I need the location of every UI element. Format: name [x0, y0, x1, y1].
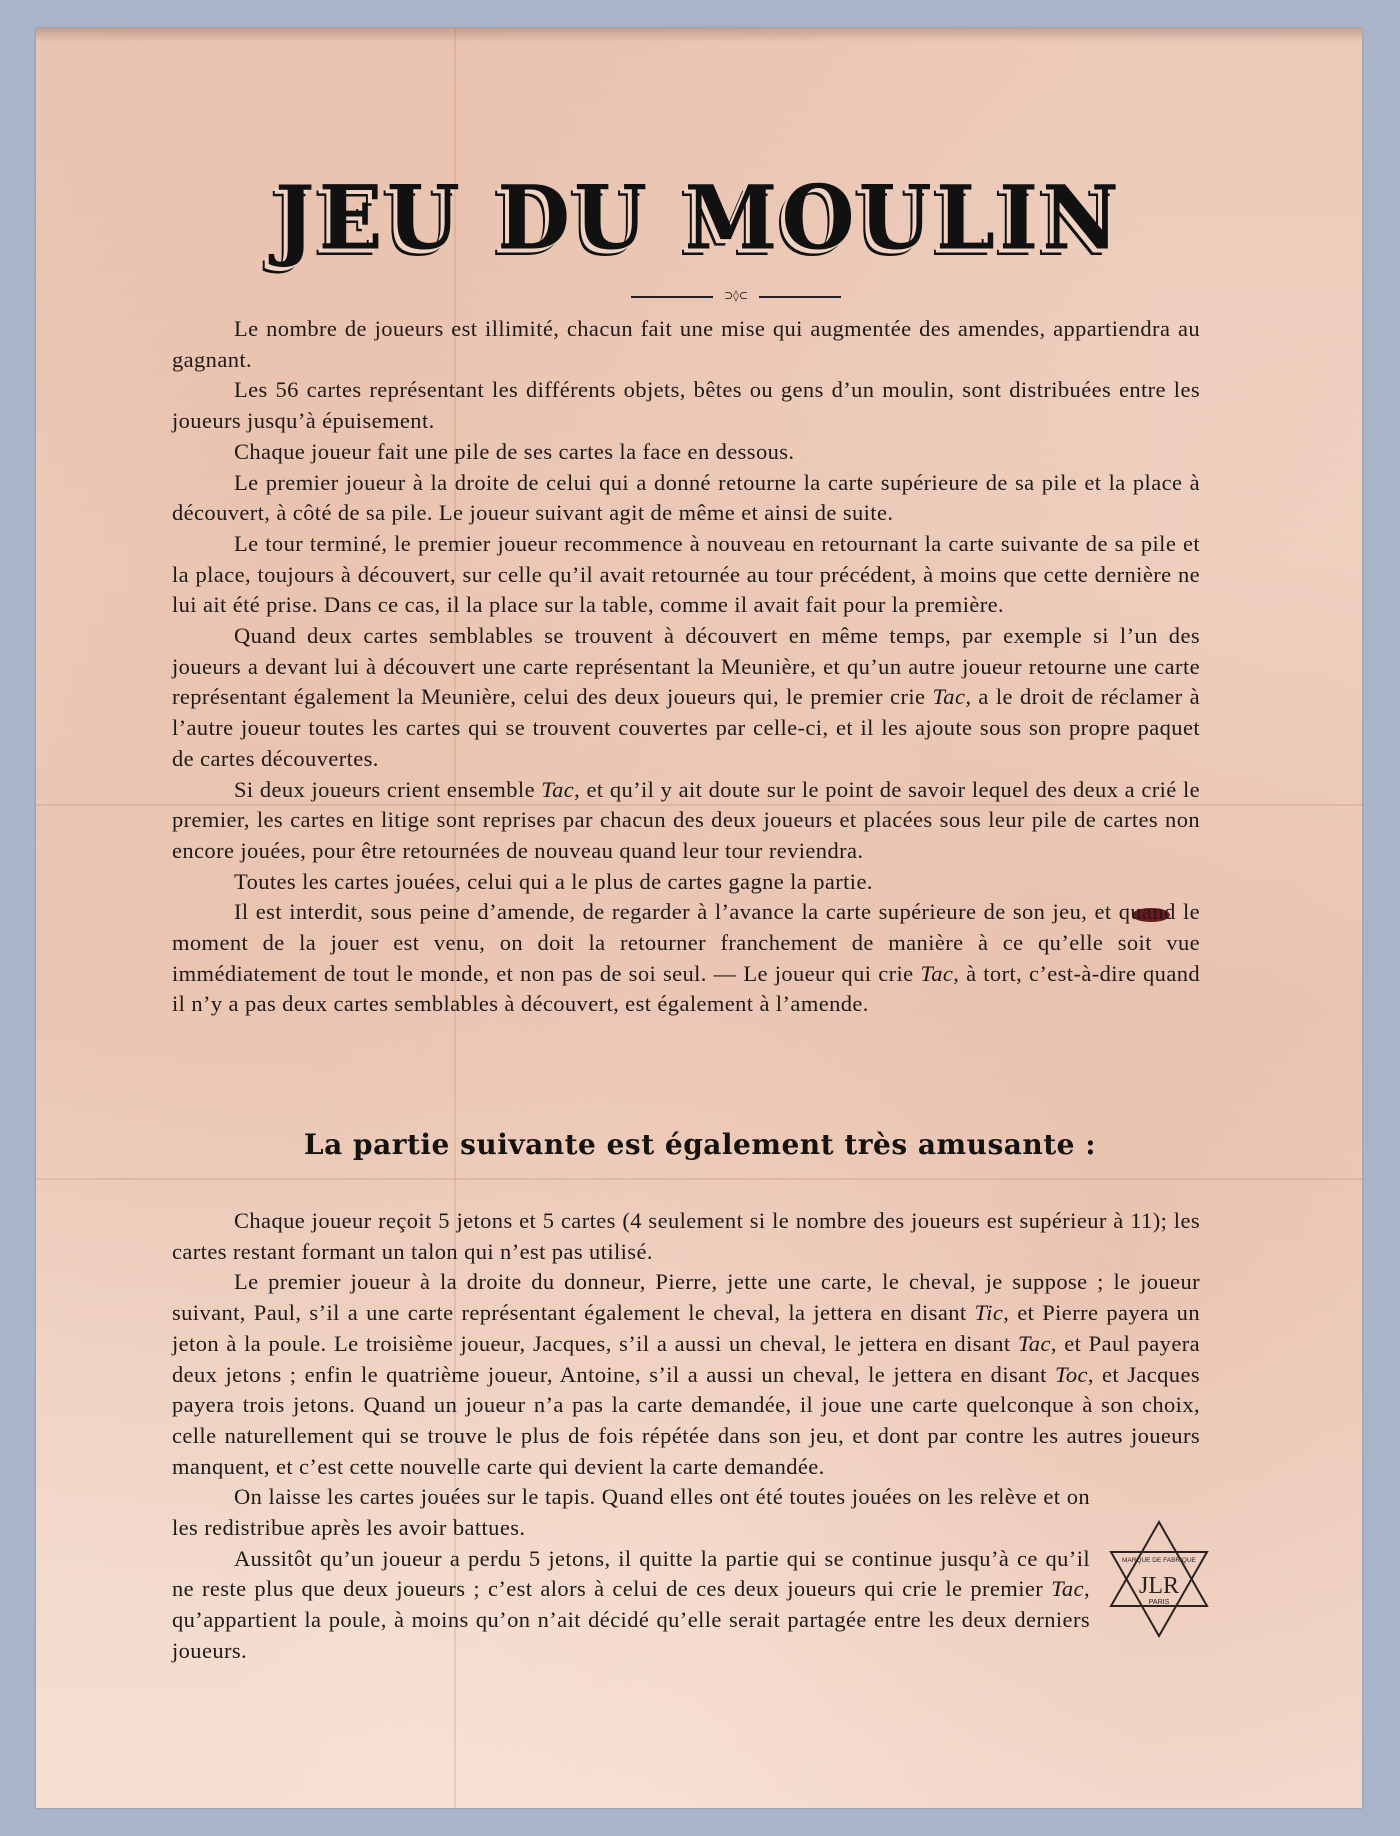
paragraph: Aussitôt qu’un joueur a perdu 5 jetons, …: [172, 1544, 1090, 1667]
paragraph: Le tour terminé, le premier joueur recom…: [172, 529, 1200, 621]
call-word: Tic: [975, 1300, 1004, 1325]
trademark-logo: MARQUE DE FABRIQUE JLR PARIS: [1104, 1518, 1214, 1640]
paragraph: Il est interdit, sous peine d’amende, de…: [172, 897, 1200, 1020]
paragraph: Le premier joueur à la droite du donneur…: [172, 1267, 1200, 1482]
text-run: Si deux joueurs crient ensemble: [234, 777, 541, 802]
ornament-line: [759, 296, 841, 298]
star-of-david-trademark-icon: MARQUE DE FABRIQUE JLR PARIS: [1104, 1518, 1214, 1640]
call-word: Toc: [1055, 1362, 1088, 1387]
paragraph: Toutes les cartes jouées, celui qui a le…: [172, 867, 1200, 898]
ornament-flourish-icon: ⊃◊⊂: [716, 290, 756, 302]
title-ornament: ⊃◊⊂: [631, 292, 841, 302]
trademark-monogram: JLR: [1139, 1573, 1179, 1599]
text-run: Aussitôt qu’un joueur a perdu 5 jetons, …: [172, 1546, 1090, 1602]
call-word: Tac: [1051, 1576, 1084, 1601]
call-word: Tac: [932, 684, 965, 709]
rules-section-main: Le nombre de joueurs est illimité, chacu…: [172, 314, 1200, 1020]
call-word: Tac: [541, 777, 574, 802]
paragraph: Le premier joueur à la droite de celui q…: [172, 468, 1200, 529]
paragraph: Les 56 cartes représentant les différent…: [172, 375, 1200, 436]
rules-section-variant: Chaque joueur reçoit 5 jetons et 5 carte…: [172, 1206, 1200, 1667]
fold-crease: [36, 1178, 1362, 1180]
trademark-top-text: MARQUE DE FABRIQUE: [1122, 1557, 1197, 1564]
document-title: JEU DU MOULIN: [36, 166, 1362, 270]
paragraph: Le nombre de joueurs est illimité, chacu…: [172, 314, 1200, 375]
paragraph: Chaque joueur fait une pile de ses carte…: [172, 437, 1200, 468]
ornament-line: [631, 296, 713, 298]
call-word: Tac: [1018, 1331, 1051, 1356]
paragraph: On laisse les cartes jouées sur le tapis…: [172, 1482, 1090, 1543]
paragraph: Si deux joueurs crient ensemble Tac, et …: [172, 775, 1200, 867]
call-word: Tac: [920, 961, 953, 986]
section-subtitle: La partie suivante est également très am…: [0, 1128, 1400, 1161]
paragraph: Quand deux cartes semblables se trouvent…: [172, 621, 1200, 775]
paragraph: Chaque joueur reçoit 5 jetons et 5 carte…: [172, 1206, 1200, 1267]
trademark-bottom-text: PARIS: [1149, 1599, 1170, 1606]
